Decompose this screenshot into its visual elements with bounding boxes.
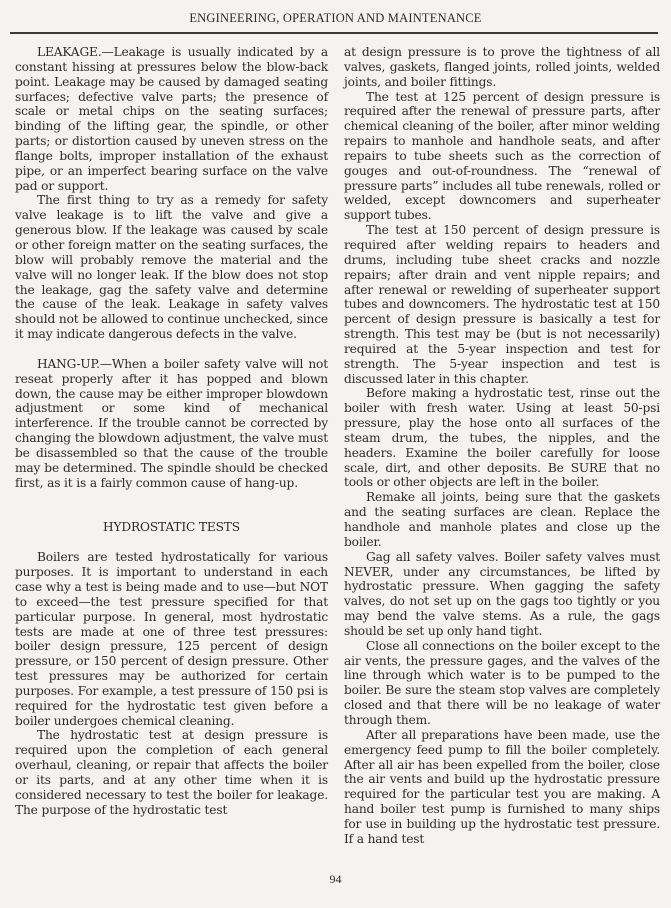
paragraph-remake-joints: Remake all joints, being sure that the g… <box>344 490 660 549</box>
paragraph-test-150: The test at 150 percent of design pressu… <box>344 223 660 386</box>
section-heading: HYDROSTATIC TESTS <box>15 520 328 535</box>
header-rule <box>10 32 658 34</box>
paragraph-test-125: The test at 125 percent of design pressu… <box>344 90 660 224</box>
paragraph-hangup: HANG-UP.—When a boiler safety valve will… <box>15 357 328 491</box>
run-in-heading-hangup: HANG-UP.— <box>37 357 112 371</box>
paragraph-before-test: Before making a hydrostatic test, rinse … <box>344 386 660 490</box>
paragraph-boilers-tested: Boilers are tested hydrostatically for v… <box>15 550 328 728</box>
paragraph-leakage: LEAKAGE.—Leakage is usually indicated by… <box>15 45 328 193</box>
paragraph-design-pressure-cont: at design pressure is to prove the tight… <box>344 45 660 90</box>
paragraph-remedy: The first thing to try as a remedy for s… <box>15 193 328 341</box>
paragraph-close-connections: Close all connections on the boiler exce… <box>344 639 660 728</box>
hangup-text: When a boiler safety valve will not rese… <box>15 357 328 490</box>
paragraph-design-pressure: The hydrostatic test at design pressure … <box>15 728 328 817</box>
running-header: ENGINEERING, OPERATION AND MAINTENANCE <box>0 11 671 26</box>
run-in-heading-leakage: LEAKAGE.— <box>37 45 114 59</box>
left-column: LEAKAGE.—Leakage is usually indicated by… <box>15 40 328 818</box>
paragraph-after-preparations: After all preparations have been made, u… <box>344 728 660 847</box>
paragraph-gag-valves: Gag all safety valves. Boiler safety val… <box>344 550 660 639</box>
page-number: 94 <box>0 872 671 887</box>
leakage-text: Leakage is usually indicated by a consta… <box>15 45 328 193</box>
right-column: at design pressure is to prove the tight… <box>344 40 660 847</box>
